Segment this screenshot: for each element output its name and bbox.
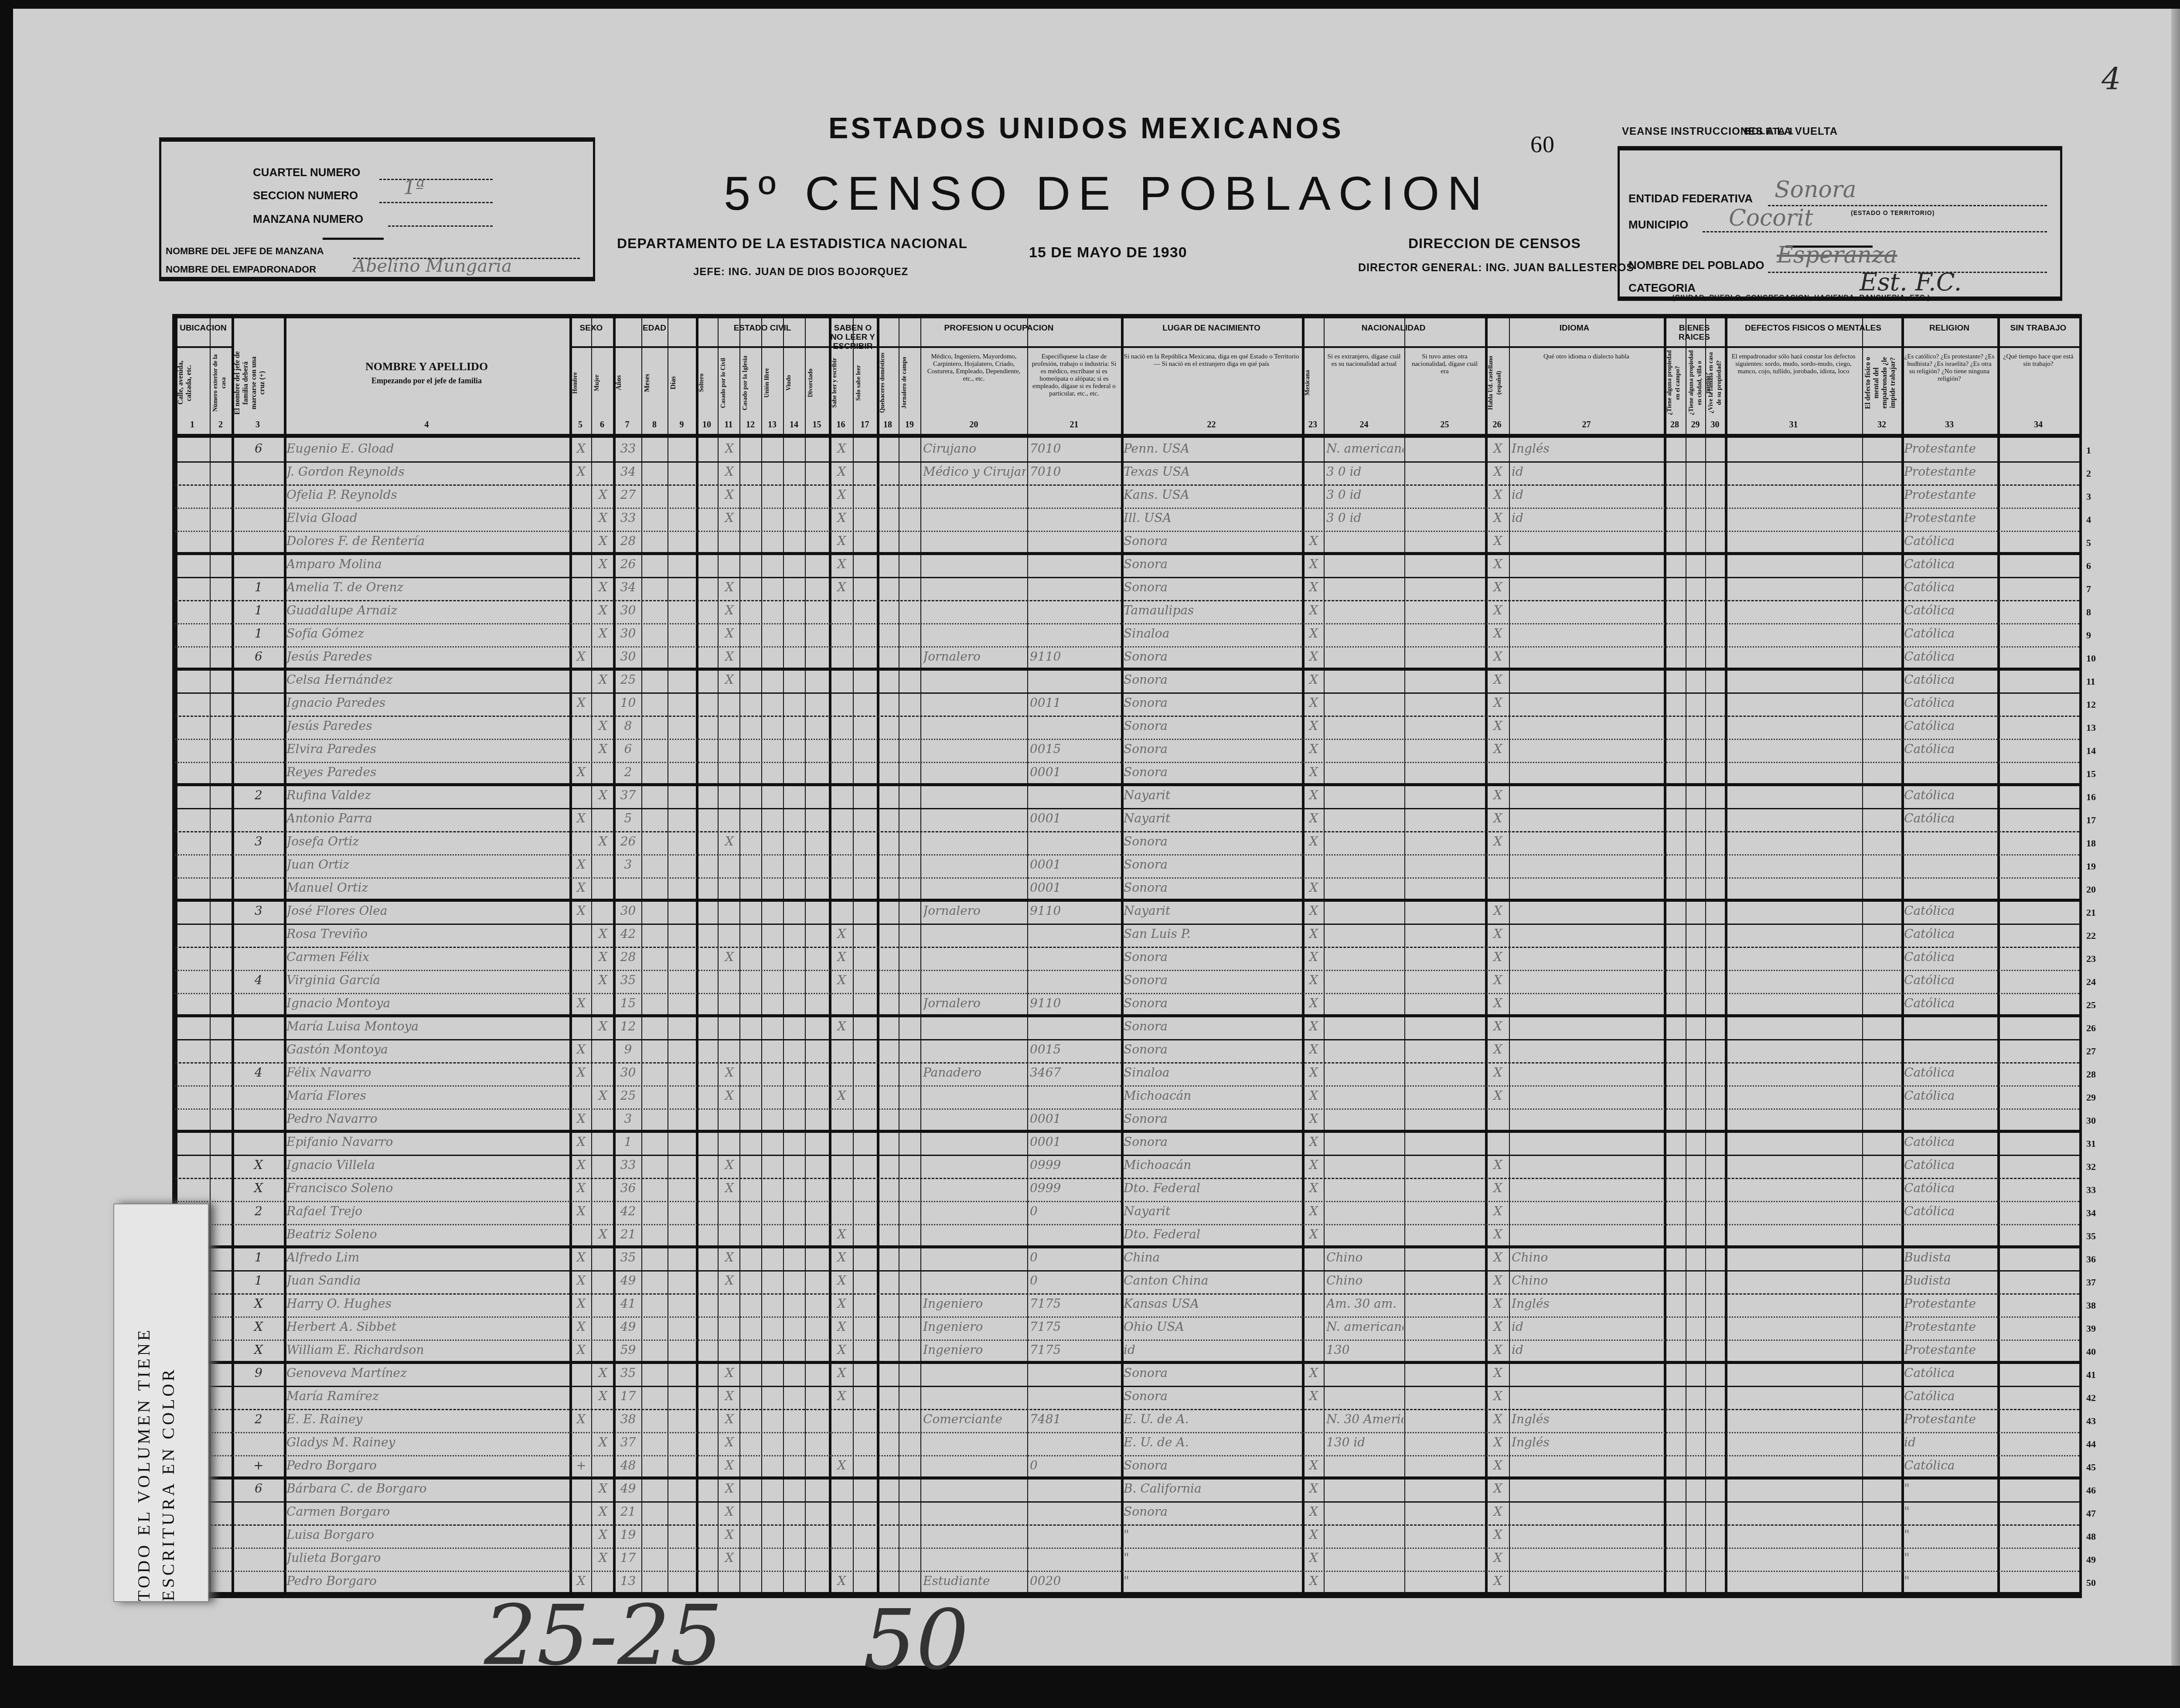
cell-occ-code: 0001 [1030,811,1120,825]
cell-occ: Ingeniero [923,1343,1026,1357]
cell-occ-code: 7010 [1030,441,1120,456]
row-rule [175,1592,2079,1595]
column-label-22: Si nació en la República Mexicana, diga … [1124,353,1299,368]
column-number-33: 33 [1901,420,1997,430]
cell-nat: Chino [1326,1273,1403,1288]
cell-birth: Sonora [1124,742,1301,756]
column-label-11: Casado por lo Civil [719,350,738,416]
cell-birth: B. California [1124,1481,1301,1496]
cell-birth: Sinaloa [1124,626,1301,641]
row-number: 27 [2086,1046,2096,1057]
cell-name: Ofelia P. Reynolds [286,488,569,502]
cell-esp: X [1488,626,1508,641]
cell-rel: Católica [1904,1158,1996,1172]
table-row: 1Alfredo LimX35XX0ChinaChinoXChinoBudist… [175,1248,2079,1272]
cell-occ: Comerciante [923,1412,1026,1426]
table-row: Carmen BorgaroX21XSonoraXX" [175,1503,2079,1526]
cell-occ-code: 7175 [1030,1296,1120,1311]
cell-age: 21 [616,1227,640,1241]
cell-name: Carmen Félix [286,950,569,964]
cell-name: Genoveva Martínez [286,1366,569,1380]
group-rule [1664,346,1725,348]
cell-name: Juan Ortiz [286,857,569,872]
seccion-field[interactable] [379,202,493,203]
census-table: UBICACIONSEXOEDADESTADO CIVILSABEN O NO … [172,314,2082,1598]
side-note-text: TODO EL VOLUMEN TIENE ESCRITURA EN COLOR [132,1222,181,1601]
cell-rel: Budista [1904,1273,1996,1288]
table-row: Gladys M. RaineyX37XE. U. de A.130 idXIn… [175,1433,2079,1456]
cell-name: Eugenio E. Gload [286,441,569,456]
cell-nat: N. 30 American [1326,1412,1403,1426]
cell-fam: 4 [234,1065,283,1080]
cell-sex-h: X [572,649,590,664]
cell-fam: 2 [234,788,283,802]
group-header-sexo: SEXO [569,324,613,333]
table-row: +Pedro Borgaro+48XX0SonoraXXCatólica [175,1456,2079,1480]
cell-rel: Católica [1904,649,1996,664]
census-title: 5º CENSO DE POBLACION [724,166,1490,221]
table-row: Rosa TreviñoX42XSan Luis P.XXCatólica [175,925,2079,948]
row-rule [175,899,2079,902]
row-number: 29 [2086,1092,2096,1103]
cell-rel: id [1904,1435,1996,1449]
row-rule [175,783,2079,786]
cell-name: Bárbara C. de Borgaro [286,1481,569,1496]
cell-name: Harry O. Hughes [286,1296,569,1311]
footer-total: 50 [863,1592,969,1688]
column-label-31: El empadronador sólo hará constar los de… [1727,353,1860,375]
cell-lang: Inglés [1512,1435,1663,1449]
column-number-12: 12 [739,420,761,430]
cell-sex-h: X [572,811,590,825]
row-number: 44 [2086,1439,2096,1450]
cell-occ-code: 0015 [1030,742,1120,756]
column-label-10: Soltero [698,350,716,416]
cell-lang: id [1512,1319,1663,1334]
cell-name: Ignacio Paredes [286,695,569,710]
cell-sex-h: X [572,1181,590,1195]
table-row: 1Guadalupe ArnaizX30XTamaulipasXXCatólic… [175,601,2079,624]
column-number-3: 3 [232,420,284,430]
table-row: 2Rufina ValdezX37NayaritXXCatólica [175,786,2079,809]
cell-rel: Católica [1904,1088,1996,1103]
cell-age: 49 [616,1273,640,1288]
cell-sex-m: X [594,534,612,548]
cell-rel: " [1904,1481,1996,1496]
cell-esp: X [1488,1204,1508,1218]
cell-mex: X [1305,1481,1323,1496]
cell-sex-m: X [594,626,612,641]
poblado-label: NOMBRE DEL POBLADO [1628,259,1764,272]
cell-mex: X [1305,903,1323,918]
column-number-34: 34 [1997,420,2079,430]
cell-nat: N. americano [1326,1319,1403,1334]
group-rule [1302,346,1485,348]
cell-birth: Ill. USA [1124,511,1301,525]
cell-rel: Protestante [1904,1412,1996,1426]
cell-birth: Sonora [1124,880,1301,895]
cell-mex: X [1305,811,1323,825]
column-label-3: El nombre del jefe de familia deberá mar… [233,350,282,416]
column-number-8: 8 [641,420,668,430]
cell-age: 35 [616,1250,640,1265]
column-number-31: 31 [1725,420,1862,430]
column-label-18: Quehaceres domésticos [879,350,897,416]
cell-sex-m: X [594,1227,612,1241]
cell-rel: Católica [1904,557,1996,571]
stamp-number: 60 [1530,131,1555,158]
cell-sex-m: X [594,1504,612,1519]
column-number-4: 4 [284,420,569,430]
cell-name: Celsa Hernández [286,672,569,687]
column-label-4: NOMBRE Y APELLIDO [284,362,569,371]
table-row: Reyes ParedesX20001SonoraX [175,763,2079,786]
cell-read: X [831,557,852,571]
cell-age: 33 [616,1158,640,1172]
column-label-1: Calle, avenida, calzada, etc. [177,350,208,416]
row-number: 26 [2086,1023,2096,1034]
cell-read: X [831,534,852,548]
cell-age: 30 [616,603,640,617]
column-number-7: 7 [613,420,641,430]
cell-civil: X [720,511,739,525]
cell-esp: X [1488,441,1508,456]
cell-name: Epifanio Navarro [286,1135,569,1149]
cell-age: 26 [616,557,640,571]
column-number-23: 23 [1302,420,1324,430]
cell-read: X [831,580,852,594]
cell-read: X [831,1389,852,1403]
cell-birth: Sonora [1124,1135,1301,1149]
cell-occ-code: 0015 [1030,1042,1120,1057]
cell-birth: E. U. de A. [1124,1435,1301,1449]
table-row: Carmen FélixX28XXSonoraXXCatólica [175,948,2079,971]
cell-mex: X [1305,1042,1323,1057]
cell-age: 6 [616,742,640,756]
cell-birth: Sonora [1124,1042,1301,1057]
cell-name: María Ramírez [286,1389,569,1403]
cell-age: 30 [616,903,640,918]
cell-rel: Protestante [1904,1343,1996,1357]
cell-rel: Católica [1904,580,1996,594]
table-row: Elvira ParedesX60015SonoraXXCatólica [175,740,2079,763]
country-title: ESTADOS UNIDOS MEXICANOS [828,111,1344,145]
column-sublabel-4: Empezando por el jefe de familia [284,377,569,385]
categoria-note: (CIUDAD, PUEBLO, CONGREGACION, HACIENDA,… [1672,294,1930,302]
column-number-20: 20 [920,420,1027,430]
row-number: 23 [2086,953,2096,965]
cell-sex-h: X [572,1412,590,1426]
cell-rel: Católica [1904,1366,1996,1380]
cell-sex-m: X [594,1551,612,1565]
cell-birth: Sonora [1124,1458,1301,1473]
cell-name: Rufina Valdez [286,788,569,802]
group-rule [1485,346,1664,348]
cell-name: Juan Sandia [286,1273,569,1288]
cell-occ-code: 0 [1030,1204,1120,1218]
entidad-value: Sonora [1775,177,1856,203]
manzana-field[interactable] [388,225,493,227]
table-row: Dolores F. de RenteríaX28XSonoraXXCatóli… [175,532,2079,555]
group-header-estado-civil: ESTADO CIVIL [696,324,829,333]
cell-rel: " [1904,1551,1996,1565]
cell-fam: X [234,1343,283,1357]
cell-sex-m: X [594,672,612,687]
cell-age: 28 [616,534,640,548]
cell-age: 28 [616,950,640,964]
column-number-16: 16 [829,420,853,430]
row-number: 30 [2086,1115,2096,1126]
cell-age: 8 [616,719,640,733]
cell-civil: X [720,1181,739,1195]
cell-mex: X [1305,695,1323,710]
cell-birth: Sonora [1124,996,1301,1010]
row-number: 36 [2086,1254,2096,1265]
table-row: 4Virginia GarcíaX35XSonoraXXCatólica [175,971,2079,994]
table-row: 1Sofía GómezX30XSinaloaXXCatólica [175,624,2079,648]
cell-civil: X [720,1412,739,1426]
cell-esp: X [1488,511,1508,525]
cell-civil: X [720,580,739,594]
table-row: María RamírezX17XXSonoraXXCatólica [175,1387,2079,1410]
cell-name: Amparo Molina [286,557,569,571]
cell-mex: X [1305,834,1323,849]
table-row: 6Jesús ParedesX30XJornalero9110SonoraXXC… [175,648,2079,671]
divider [323,238,384,240]
cell-age: 49 [616,1319,640,1334]
cell-age: 2 [616,765,640,779]
column-number-21: 21 [1027,420,1121,430]
cell-occ-code: 7175 [1030,1343,1120,1357]
cell-mex: X [1305,580,1323,594]
column-label-13: Unión libre [763,350,781,416]
table-row: XHarry O. HughesX41XIngeniero7175Kansas … [175,1295,2079,1318]
cell-esp: X [1488,1042,1508,1057]
cell-fam: 3 [234,903,283,918]
column-label-7: Años [615,350,640,416]
cell-sex-m: X [594,834,612,849]
cell-birth: China [1124,1250,1301,1265]
cell-read: X [831,1343,852,1357]
column-label-14: Viudo [785,350,803,416]
cell-sex-h: X [572,1319,590,1334]
entidad-note: (ESTADO O TERRITORIO) [1851,209,1935,216]
cell-birth: Penn. USA [1124,441,1301,456]
cell-civil: X [720,1551,739,1565]
cell-fam: 9 [234,1366,283,1380]
cell-nat: Chino [1326,1250,1403,1265]
table-row: 4Félix NavarroX30XPanadero3467SinaloaXXC… [175,1064,2079,1087]
row-rule [175,668,2079,671]
column-number-30: 30 [1705,420,1725,430]
cuartel-field[interactable] [379,179,493,180]
cell-age: 35 [616,973,640,987]
cell-sex-h: X [572,695,590,710]
cell-rel: Protestante [1904,488,1996,502]
cell-esp: X [1488,996,1508,1010]
cell-occ: Jornalero [923,996,1026,1010]
column-number-11: 11 [718,420,739,430]
cell-lang: Chino [1512,1273,1663,1288]
seccion-value: 1ª [403,177,425,199]
cell-name: Pedro Borgaro [286,1574,569,1588]
cell-read: X [831,1458,852,1473]
cell-civil: X [720,672,739,687]
cell-occ: Jornalero [923,649,1026,664]
cell-esp: X [1488,1227,1508,1241]
cell-esp: X [1488,1343,1508,1357]
cell-esp: X [1488,811,1508,825]
cell-sex-h: X [572,1296,590,1311]
cell-birth: Dto. Federal [1124,1181,1301,1195]
table-row: Julieta BorgaroX17X"XX" [175,1549,2079,1572]
cell-occ-code: 9110 [1030,903,1120,918]
cell-esp: X [1488,1273,1508,1288]
group-header-idioma: IDIOMA [1485,324,1664,333]
empadronador-label: NOMBRE DEL EMPADRONADOR [166,264,316,275]
cell-age: 9 [616,1042,640,1057]
cell-birth: E. U. de A. [1124,1412,1301,1426]
row-number: 50 [2086,1577,2096,1589]
cell-mex: X [1305,603,1323,617]
cell-fam: 2 [234,1412,283,1426]
cell-age: 33 [616,441,640,456]
row-rule [175,552,2079,555]
column-number-22: 22 [1121,420,1302,430]
group-rule [175,346,232,348]
cell-nat: 3 0 id [1326,488,1403,502]
cell-occ-code: 9110 [1030,649,1120,664]
table-row: 6Eugenio E. GloadX33XXCirujano7010Penn. … [175,440,2079,463]
cell-esp: X [1488,1435,1508,1449]
cell-sex-h: X [572,903,590,918]
cell-sex-h: X [572,1135,590,1149]
group-rule [569,346,613,348]
cell-occ: Estudiante [923,1574,1026,1588]
instructions-note: VEANSE INSTRUCCIONES A LA VUELTA [1622,126,1838,138]
cell-birth: Michoacán [1124,1158,1301,1172]
municipio-field[interactable] [1703,231,2047,232]
cell-sex-h: X [572,1065,590,1080]
cell-mex: X [1305,765,1323,779]
manzana-label: MANZANA NUMERO [253,212,363,226]
group-rule [1121,346,1302,348]
table-row: 3Josefa OrtizX26XSonoraXX [175,832,2079,856]
cell-fam: X [234,1181,283,1195]
cell-rel: Católica [1904,1204,1996,1218]
cell-rel: Protestante [1904,511,1996,525]
cell-birth: Sonora [1124,649,1301,664]
table-row: Celsa HernándezX25XSonoraXXCatólica [175,671,2079,694]
census-date: 15 DE MAYO DE 1930 [1029,244,1187,261]
cell-civil: X [720,1088,739,1103]
column-number-17: 17 [853,420,877,430]
cell-age: 3 [616,857,640,872]
cell-nat: 130 [1326,1343,1403,1357]
cell-esp: X [1488,649,1508,664]
cell-mex: X [1305,1135,1323,1149]
cell-rel: Católica [1904,719,1996,733]
table-row: 3José Flores OleaX30Jornalero9110Nayarit… [175,902,2079,925]
column-number-13: 13 [761,420,783,430]
cell-name: William E. Richardson [286,1343,569,1357]
row-number: 14 [2086,745,2096,757]
cell-civil: X [720,1504,739,1519]
cell-esp: X [1488,1319,1508,1334]
cell-birth: Nayarit [1124,811,1301,825]
cell-sex-h: X [572,441,590,456]
cell-fam: 2 [234,1204,283,1218]
cell-esp: X [1488,580,1508,594]
cell-esp: X [1488,1527,1508,1542]
cell-occ-code: 0020 [1030,1574,1120,1588]
cell-age: 35 [616,1366,640,1380]
categoria-value: Est. F.C. [1860,268,1962,297]
cell-mex: X [1305,626,1323,641]
column-number-32: 32 [1862,420,1901,430]
cell-read: X [831,1019,852,1033]
cell-mex: X [1305,1019,1323,1033]
cell-read: X [831,488,852,502]
cell-civil: X [720,441,739,456]
cell-birth: Sonora [1124,534,1301,548]
empadronador-value: Abelino Mungaria [353,256,512,276]
column-label-16: Sabe leer y escribir [831,350,851,416]
row-number: 4 [2086,514,2091,525]
cell-birth: Sonora [1124,672,1301,687]
column-number-15: 15 [805,420,829,430]
cell-esp: X [1488,1504,1508,1519]
cell-age: 17 [616,1551,640,1565]
row-number: 48 [2086,1531,2096,1542]
column-number-9: 9 [668,420,696,430]
cell-sex-h: X [572,1574,590,1588]
column-label-6: Mujer [593,350,611,416]
cell-age: 37 [616,1435,640,1449]
department: DEPARTAMENTO DE LA ESTADISTICA NACIONAL [617,235,967,252]
cell-esp: X [1488,672,1508,687]
group-rule [613,346,696,348]
cell-mex: X [1305,719,1323,733]
cell-name: Julieta Borgaro [286,1551,569,1565]
cell-fam: + [234,1458,283,1473]
cell-occ: Cirujano [923,441,1026,456]
row-rule [175,1476,2079,1480]
cell-esp: X [1488,1296,1508,1311]
cell-esp: X [1488,1065,1508,1080]
cell-mex: X [1305,1504,1323,1519]
cell-name: Guadalupe Arnaiz [286,603,569,617]
cell-fam: 1 [234,1250,283,1265]
cell-age: 10 [616,695,640,710]
cell-read: X [831,511,852,525]
cell-name: Gladys M. Rainey [286,1435,569,1449]
group-header-edad: EDAD [613,324,696,333]
cell-birth: Sonora [1124,1389,1301,1403]
cell-civil: X [720,626,739,641]
row-rule [175,1245,2079,1248]
form-number: BOLETA 1 [1744,126,1794,137]
group-rule [877,346,1121,348]
cell-birth: " [1124,1551,1301,1565]
cell-birth: " [1124,1527,1301,1542]
cell-occ-code: 0 [1030,1250,1120,1265]
group-rule [1725,346,1901,348]
cell-civil: X [720,1273,739,1288]
table-row: María FloresX25XXMichoacánXXCatólica [175,1087,2079,1110]
column-number-24: 24 [1324,420,1404,430]
column-label-8: Meses [643,350,666,416]
